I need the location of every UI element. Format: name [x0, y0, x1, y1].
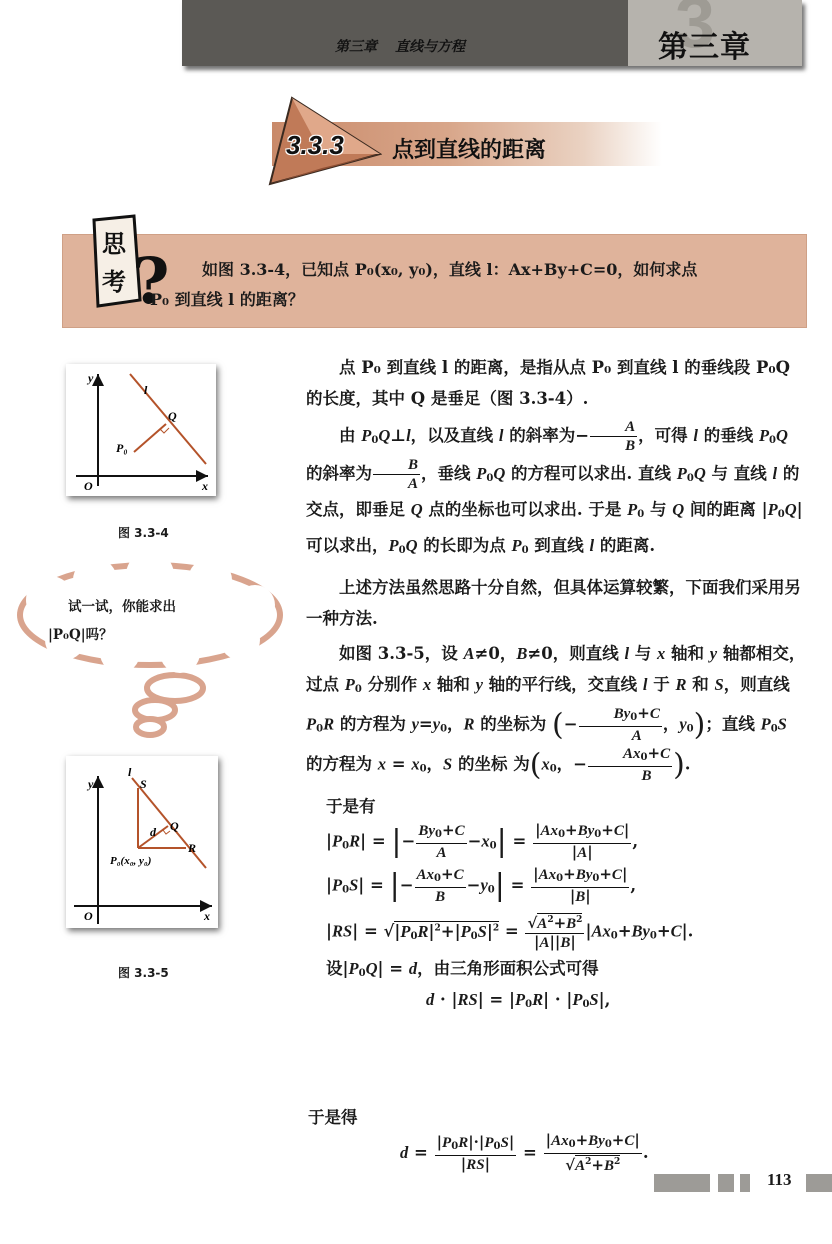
equation-area: d · |RS| = |P0R| · |P0S|, — [306, 987, 808, 1018]
page-number: 113 — [767, 1170, 792, 1190]
paragraph-let-d: 设|P0Q| = d，由三角形面积公式可得 — [306, 956, 808, 987]
svg-text:Q: Q — [168, 409, 177, 423]
equation-p0s: |P0S| = |−Ax0+CB−y0| = |Ax0+By0+C||B|, — [306, 866, 808, 910]
page-bar-segment-1 — [654, 1174, 710, 1192]
svg-text:y: y — [86, 371, 94, 385]
running-header: 第三章直线与方程 — [335, 36, 483, 56]
cloud-prompt: 试一试，你能求出 |P₀Q|吗？ — [48, 593, 176, 649]
svg-text:y: y — [86, 777, 94, 791]
fraction-r-x: By0+CA — [579, 705, 662, 745]
think-line-2: P₀ 到直线 l 的距离？ — [150, 285, 800, 315]
figure-3-3-5-diagram: y x O l S Q R d P₀(x₀, y₀) — [66, 756, 218, 928]
equation-distance-formula: d = |P0R|·|P0S||RS| = |Ax0+By0+C|√A2+B2. — [400, 1132, 649, 1175]
paragraph-3: 上述方法虽然思路十分自然，但具体运算较繁，下面我们采用另一种方法. — [306, 572, 808, 634]
paragraph-4: 如图 3.3-5，设 A≠0，B≠0，则直线 l 与 x 轴和 y 轴都相交，过… — [306, 638, 808, 785]
paragraph-2: 由 P0Q⊥l，以及直线 l 的斜率为−AB，可得 l 的垂线 P0Q 的斜率为… — [306, 418, 808, 566]
chapter-title-tab: 第三章 — [658, 22, 751, 66]
figure-3-3-4-diagram: y x O l Q P₀ — [66, 364, 216, 496]
think-line-1: 如图 3.3-4，已知点 P₀(x₀, y₀)，直线 l：Ax+By+C=0，如… — [150, 255, 800, 285]
paragraph-so-get: 于是得 — [308, 1104, 358, 1128]
page-bar-segment-2 — [718, 1174, 734, 1192]
main-text: 点 P₀ 到直线 l 的距离，是指从点 P₀ 到直线 l 的垂线段 P₀Q 的长… — [306, 352, 808, 1018]
svg-text:Q: Q — [170, 819, 179, 833]
svg-text:P₀(x₀, y₀): P₀(x₀, y₀) — [110, 855, 151, 867]
svg-text:x: x — [201, 479, 208, 493]
figure-caption-3-3-4: 图 3.3-4 — [118, 524, 169, 541]
paragraph-so-have: 于是有 — [306, 791, 808, 822]
svg-text:R: R — [187, 841, 196, 855]
think-question: 如图 3.3-4，已知点 P₀(x₀, y₀)，直线 l：Ax+By+C=0，如… — [150, 255, 800, 315]
figure-3-3-4: y x O l Q P₀ — [66, 364, 216, 496]
svg-text:考: 考 — [102, 268, 126, 296]
svg-text:d: d — [150, 825, 157, 839]
svg-text:S: S — [140, 777, 147, 791]
figure-3-3-5: y x O l S Q R d P₀(x₀, y₀) — [66, 756, 218, 928]
section-number: 3.3.3 — [286, 130, 344, 161]
svg-text:P₀: P₀ — [116, 441, 128, 455]
cloud-line-2: |P₀Q|吗？ — [48, 621, 176, 649]
running-header-chapter: 第三章 — [335, 39, 377, 55]
svg-text:O: O — [84, 479, 93, 493]
page-bar-segment-3 — [740, 1174, 750, 1192]
figure-caption-3-3-5: 图 3.3-5 — [118, 964, 169, 981]
page-bar-segment-4 — [806, 1174, 832, 1192]
svg-text:l: l — [128, 765, 132, 779]
section-title: 点到直线的距离 — [392, 133, 546, 164]
paragraph-1: 点 P₀ 到直线 l 的距离，是指从点 P₀ 到直线 l 的垂线段 P₀Q 的长… — [306, 352, 808, 414]
equation-p0r: |P0R| = |−By0+CA−x0| = |Ax0+By0+C||A|, — [306, 822, 808, 866]
svg-text:O: O — [84, 909, 93, 923]
svg-text:思: 思 — [102, 230, 127, 258]
running-header-topic: 直线与方程 — [395, 39, 465, 55]
svg-text:x: x — [203, 909, 210, 923]
cloud-line-1: 试一试，你能求出 — [48, 593, 176, 621]
fraction-s-y: Ax0+CB — [588, 745, 672, 785]
equation-rs: |RS| = √|P0R|2+|P0S|2 = √A2+B2|A||B||Ax0… — [306, 909, 808, 956]
fraction-neg-a-over-b: AB — [590, 418, 637, 455]
fraction-b-over-a: BA — [373, 456, 420, 493]
